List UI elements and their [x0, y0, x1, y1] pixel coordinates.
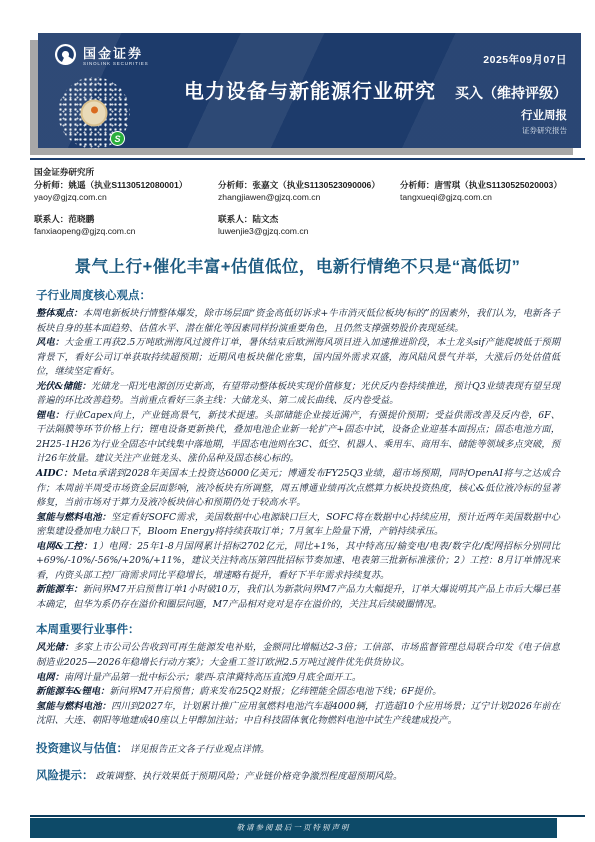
- para-hydrogen: 氢能与燃料电池：坚定看好SOFC需求，美国数据中心电源缺口巨大，SOFC将在数据…: [36, 511, 560, 540]
- para-overall: 整体观点：本周电新板块行情整体爆发，除市场层面“资金高低切诉求+牛市消灭低位板块…: [36, 307, 560, 336]
- analyst-3-name: 分析师：唐雪琪（执业S1130525020003）: [400, 179, 582, 191]
- para-grid-text: 1）电网：25年1-8月国网累计招标2702亿元，同比+1%，其中特高压/输变电…: [36, 541, 560, 581]
- para-solar-storage-label: 光伏&储能：: [36, 381, 91, 392]
- report-note: 证券研究报告: [522, 125, 567, 136]
- event-grid-text: 南网计量产品第一批中标公示；蒙西-京津冀特高压直流9月底全面开工。: [64, 672, 361, 683]
- contact-1-name: 联系人：范晓鹏: [34, 213, 218, 225]
- research-org: 国金证券研究所: [34, 166, 582, 178]
- para-wind-label: 风电：: [36, 337, 64, 348]
- para-wind-text: 大金重工再获2.5万吨欧洲海风过渡件订单，暑休结束后欧洲海风项目进入加速推进阶段…: [36, 337, 560, 377]
- risk-warning-row: 风险提示：政策调整、执行效果低于预期风险；产业链价格竞争激烈程度超预期风险。: [36, 767, 560, 783]
- event-hydrogen-text: 四川到2027年，计划累计推广应用氢燃料电池汽车超4000辆，打造超10个应用场…: [36, 701, 560, 727]
- analyst-1-name: 分析师：姚遥（执业S1130512080001）: [34, 179, 218, 191]
- para-aidc-label: AIDC：: [36, 468, 73, 479]
- spacer: [400, 213, 582, 225]
- para-hydrogen-label: 氢能与燃料电池：: [36, 512, 111, 523]
- report-page: 国金证券 SINOLINK SECURITIES 2025年09月07日 电力设…: [0, 0, 595, 842]
- event-ev-lithium-label: 新能源车&锂电：: [36, 686, 109, 697]
- event-ev-lithium: 新能源车&锂电：新问界M7开启预售；蔚来发布25Q2财报；亿纬锂能全固态电池下线…: [36, 685, 560, 700]
- report-date: 2025年09月07日: [483, 52, 567, 67]
- brand-subtitle: SINOLINK SECURITIES: [83, 61, 149, 67]
- para-lithium-text: 行业Capex向上，产业链高景气，新技术提速。头部储能企业接近满产，有强提价预期…: [36, 410, 560, 465]
- para-grid-label: 电网&工控：: [36, 541, 93, 552]
- para-ev-label: 新能源车：: [36, 584, 83, 595]
- contact-2-email: luwenjie3@gjzq.com.cn: [218, 225, 400, 237]
- event-grid: 电网：南网计量产品第一批中标公示；蒙西-京津冀特高压直流9月底全面开工。: [36, 671, 560, 686]
- para-lithium-label: 锂电：: [36, 410, 64, 421]
- brand: 国金证券 SINOLINK SECURITIES: [54, 43, 149, 71]
- para-ev: 新能源车：新问界M7开启预售订单1小时破10万，我们认为新款问界M7产品力大幅提…: [36, 583, 560, 612]
- brand-text: 国金证券 SINOLINK SECURITIES: [83, 47, 149, 67]
- para-lithium: 锂电：行业Capex向上，产业链高景气，新技术提速。头部储能企业接近满产，有强提…: [36, 409, 560, 467]
- analyst-1-email: yaoy@gjzq.com.cn: [34, 191, 218, 203]
- contact-1-email: fanxiaopeng@gjzq.com.cn: [34, 225, 218, 237]
- investment-advice-row: 投资建议与估值：详见报告正文各子行业观点详情。: [36, 740, 560, 756]
- report-headline: 景气上行+催化丰富+估值低位，电新行情绝不只是“高低切”: [0, 253, 595, 277]
- event-grid-label: 电网：: [36, 672, 64, 683]
- para-overall-label: 整体观点：: [36, 308, 83, 319]
- analyst-2-name: 分析师：张嘉文（执业S1130523090006）: [218, 179, 400, 191]
- para-hydrogen-text: 坚定看好SOFC需求，美国数据中心电源缺口巨大，SOFC将在数据中心持续应用，预…: [36, 512, 560, 538]
- event-hydrogen: 氢能与燃料电池：四川到2027年，计划累计推广应用氢燃料电池汽车超4000辆，打…: [36, 700, 560, 729]
- spacer: [400, 225, 582, 237]
- investment-advice-label: 投资建议与估值：: [36, 743, 128, 755]
- para-solar-storage-text: 光储龙一阳光电源创历史新高，有望带动整体板块实现价值修复；光伏反内卷持续推进，预…: [36, 381, 560, 407]
- analyst-grid: 分析师：姚遥（执业S1130512080001） 分析师：张嘉文（执业S1130…: [34, 179, 582, 237]
- qr-code: S: [58, 77, 130, 149]
- footer-disclaimer: 敬请参阅最后一页特别声明: [30, 818, 557, 838]
- sinolink-logo-icon: [54, 43, 77, 71]
- report-type: 行业周报: [521, 107, 567, 123]
- section-title-events: 本周重要行业事件：: [36, 621, 560, 637]
- risk-warning-text: 政策调整、执行效果低于预期风险；产业链价格竞争激烈程度超预期风险。: [96, 771, 403, 782]
- analyst-2-email: zhangjiawen@gjzq.com.cn: [218, 191, 400, 203]
- footer-divider: [30, 815, 585, 817]
- brand-name: 国金证券: [83, 47, 149, 61]
- wechat-icon: S: [110, 131, 125, 146]
- para-ev-text: 新问界M7开启预售订单1小时破10万，我们认为新款问界M7产品力大幅提升，订单大…: [36, 584, 560, 610]
- event-hydrogen-label: 氢能与燃料电池：: [36, 701, 111, 712]
- event-wind-solar-storage: 风光储：多家上市公司公告收到可再生能源发电补贴，金额同比增幅达2-3倍；工信部、…: [36, 641, 560, 670]
- rating-badge: 买入（维持评级）: [455, 83, 567, 103]
- event-ev-lithium-text: 新问界M7开启预售；蔚来发布25Q2财报；亿纬锂能全固态电池下线；6F提价。: [109, 686, 441, 697]
- investment-advice-text: 详见报告正文各子行业观点详情。: [130, 744, 269, 755]
- contact-2-name: 联系人：陆文杰: [218, 213, 400, 225]
- para-overall-text: 本周电新板块行情整体爆发，除市场层面“资金高低切诉求+牛市消灭低位板块/标的”的…: [36, 308, 560, 334]
- report-body: 子行业周度核心观点： 整体观点：本周电新板块行情整体爆发，除市场层面“资金高低切…: [36, 287, 560, 783]
- analyst-block: 国金证券研究所 分析师：姚遥（执业S1130512080001） 分析师：张嘉文…: [34, 166, 582, 237]
- risk-warning-label: 风险提示：: [36, 770, 94, 782]
- header-divider: [30, 158, 585, 160]
- header-banner: 国金证券 SINOLINK SECURITIES 2025年09月07日 电力设…: [38, 33, 581, 148]
- para-solar-storage: 光伏&储能：光储龙一阳光电源创历史新高，有望带动整体板块实现价值修复；光伏反内卷…: [36, 380, 560, 409]
- para-aidc-text: Meta承诺到2028年美国本土投资达6000亿美元；博通发布FY25Q3业绩，…: [36, 468, 560, 508]
- seal-icon: [81, 100, 108, 127]
- para-aidc: AIDC：Meta承诺到2028年美国本土投资达6000亿美元；博通发布FY25…: [36, 467, 560, 511]
- report-title: 电力设备与新能源行业研究: [140, 75, 480, 104]
- para-grid: 电网&工控：1）电网：25年1-8月国网累计招标2702亿元，同比+1%，其中特…: [36, 540, 560, 584]
- event-wind-solar-storage-label: 风光储：: [36, 642, 74, 653]
- para-wind: 风电：大金重工再获2.5万吨欧洲海风过渡件订单，暑休结束后欧洲海风项目进入加速推…: [36, 336, 560, 380]
- analyst-3-email: tangxueqi@gjzq.com.cn: [400, 191, 582, 203]
- event-wind-solar-storage-text: 多家上市公司公告收到可再生能源发电补贴，金额同比增幅达2-3倍；工信部、市场监督…: [36, 642, 560, 668]
- section-title-core-views: 子行业周度核心观点：: [36, 287, 560, 303]
